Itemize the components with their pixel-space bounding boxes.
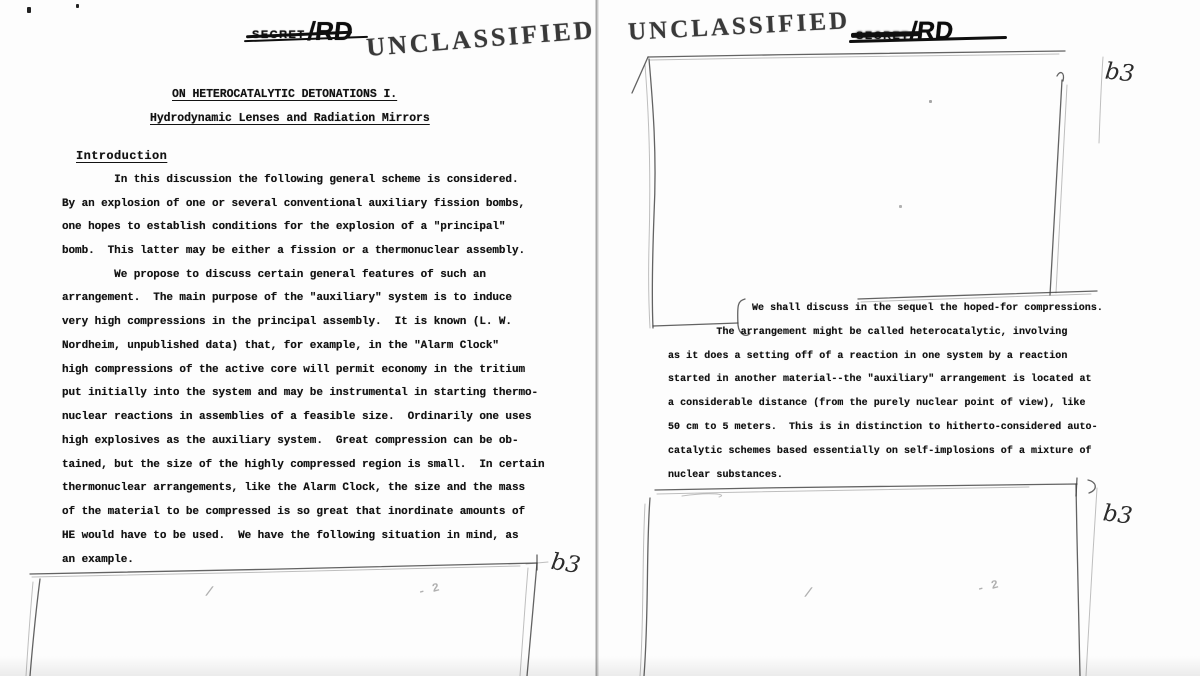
scan-speck [929, 100, 932, 103]
typed-line: We propose to discuss certain general fe… [62, 269, 486, 281]
handwritten-b3-note: b3 [549, 549, 582, 579]
typed-line: very high compressions in the principal … [62, 316, 512, 328]
typed-line: The arrangement might be called heteroca… [668, 327, 1067, 338]
scanned-document: SECRET /RD UNCLASSIFIED ON HETEROCATALYT… [0, 0, 1200, 676]
scan-speck [899, 205, 902, 208]
typed-line: a considerable distance (from the purely… [668, 398, 1086, 409]
typed-line: arrangement. The main purpose of the "au… [62, 292, 512, 304]
doc-subtitle: Hydrodynamic Lenses and Radiation Mirror… [150, 112, 430, 125]
section-heading-introduction: Introduction [76, 149, 167, 163]
document-page-2: UNCLASSIFIED SECRET /RD b3 We s [599, 0, 1200, 676]
scanner-edge-shade [0, 656, 1200, 676]
scan-speck [27, 7, 31, 13]
doc-title: ON HETEROCATALYTIC DETONATIONS I. [172, 88, 397, 101]
typed-line: nuclear reactions in assemblies of a fea… [62, 411, 532, 423]
typed-line: Nordheim, unpublished data) that, for ex… [62, 340, 499, 352]
typed-line: started in another material--the "auxili… [668, 374, 1092, 385]
typed-line: thermonuclear arrangements, like the Ala… [62, 482, 525, 494]
typed-line: one hopes to establish conditions for th… [62, 221, 505, 233]
handwritten-b3-note: b3 [1102, 500, 1134, 529]
typed-line: catalytic schemes based essentially on s… [668, 446, 1092, 457]
typed-line: high compressions of the active core wil… [62, 364, 525, 376]
typed-line: of the material to be compressed is so g… [62, 506, 525, 518]
typed-line: By an explosion of one or several conven… [62, 198, 525, 210]
typed-line: high explosives as the auxiliary system.… [62, 435, 518, 447]
typed-line: bomb. This latter may be either a fissio… [62, 245, 525, 257]
typed-line: tained, but the size of the highly compr… [62, 459, 545, 471]
scan-speck [76, 4, 79, 8]
typed-line: as it does a setting off of a reaction i… [668, 351, 1067, 362]
typed-line: put initially into the system and may be… [62, 387, 538, 399]
typed-line: In this discussion the following general… [62, 174, 518, 186]
scan-crease-line [1097, 55, 1113, 145]
unclassified-stamp: UNCLASSIFIED [365, 15, 596, 63]
unclassified-stamp: UNCLASSIFIED [627, 7, 850, 47]
typed-line: We shall discuss in the sequel the hoped… [752, 303, 1103, 314]
typed-line: 50 cm to 5 meters. This is in distinctio… [668, 422, 1098, 433]
document-page-1: SECRET /RD UNCLASSIFIED ON HETEROCATALYT… [0, 0, 596, 676]
